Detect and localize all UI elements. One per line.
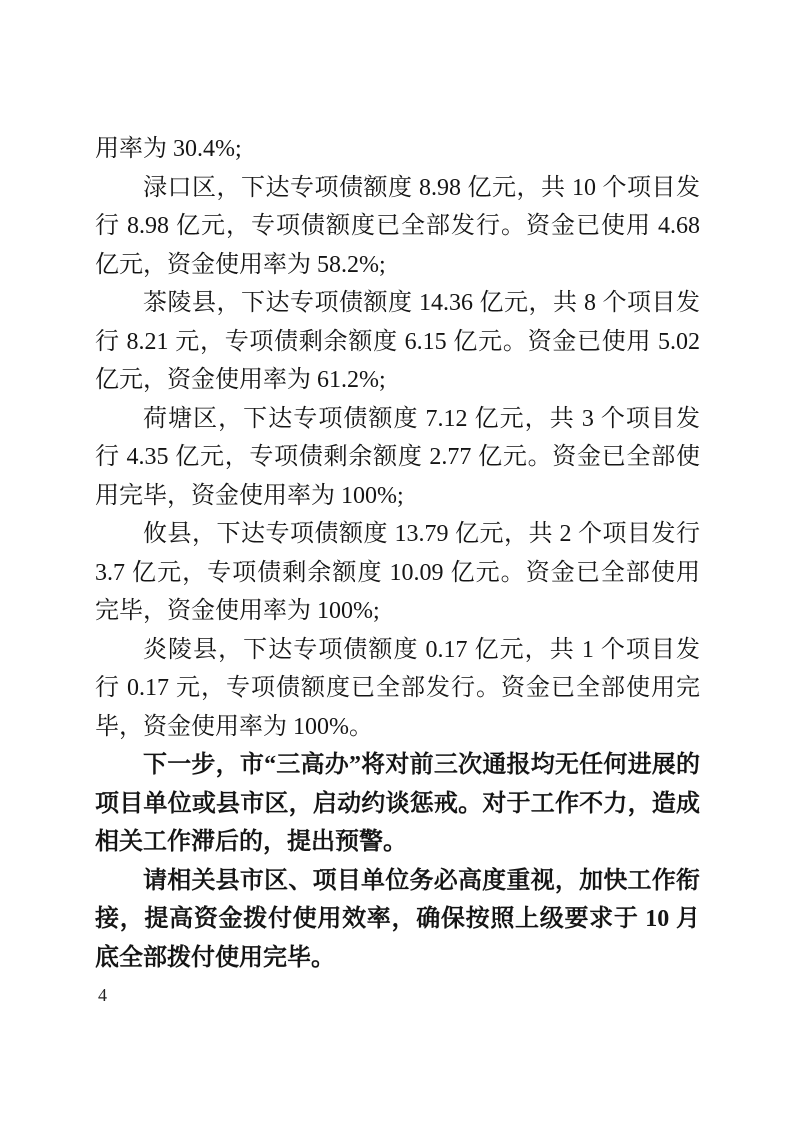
page-number: 4 <box>98 984 107 1006</box>
document-body: 用率为 30.4%; 渌口区，下达专项债额度 8.98 亿元，共 10 个项目发… <box>95 130 700 977</box>
paragraph-rate-continuation: 用率为 30.4%; <box>95 130 700 169</box>
paragraph-lukou-district: 渌口区，下达专项债额度 8.98 亿元，共 10 个项目发行 8.98 亿元，专… <box>95 169 700 285</box>
paragraph-yanling-county: 炎陵县，下达专项债额度 0.17 亿元，共 1 个项目发行 0.17 元，专项债… <box>95 631 700 747</box>
paragraph-chaling-county: 茶陵县，下达专项债额度 14.36 亿元，共 8 个项目发行 8.21 元，专项… <box>95 284 700 400</box>
document-page: 用率为 30.4%; 渌口区，下达专项债额度 8.98 亿元，共 10 个项目发… <box>0 0 794 1123</box>
paragraph-hetang-district: 荷塘区，下达专项债额度 7.12 亿元，共 3 个项目发行 4.35 亿元，专项… <box>95 400 700 516</box>
paragraph-next-steps-warning: 下一步，市“三高办”将对前三次通报均无任何进展的项目单位或县市区，启动约谈惩戒。… <box>95 746 700 862</box>
paragraph-closing-request: 请相关县市区、项目单位务必高度重视，加快工作衔接，提高资金拨付使用效率，确保按照… <box>95 862 700 978</box>
paragraph-you-county: 攸县，下达专项债额度 13.79 亿元，共 2 个项目发行 3.7 亿元，专项债… <box>95 515 700 631</box>
